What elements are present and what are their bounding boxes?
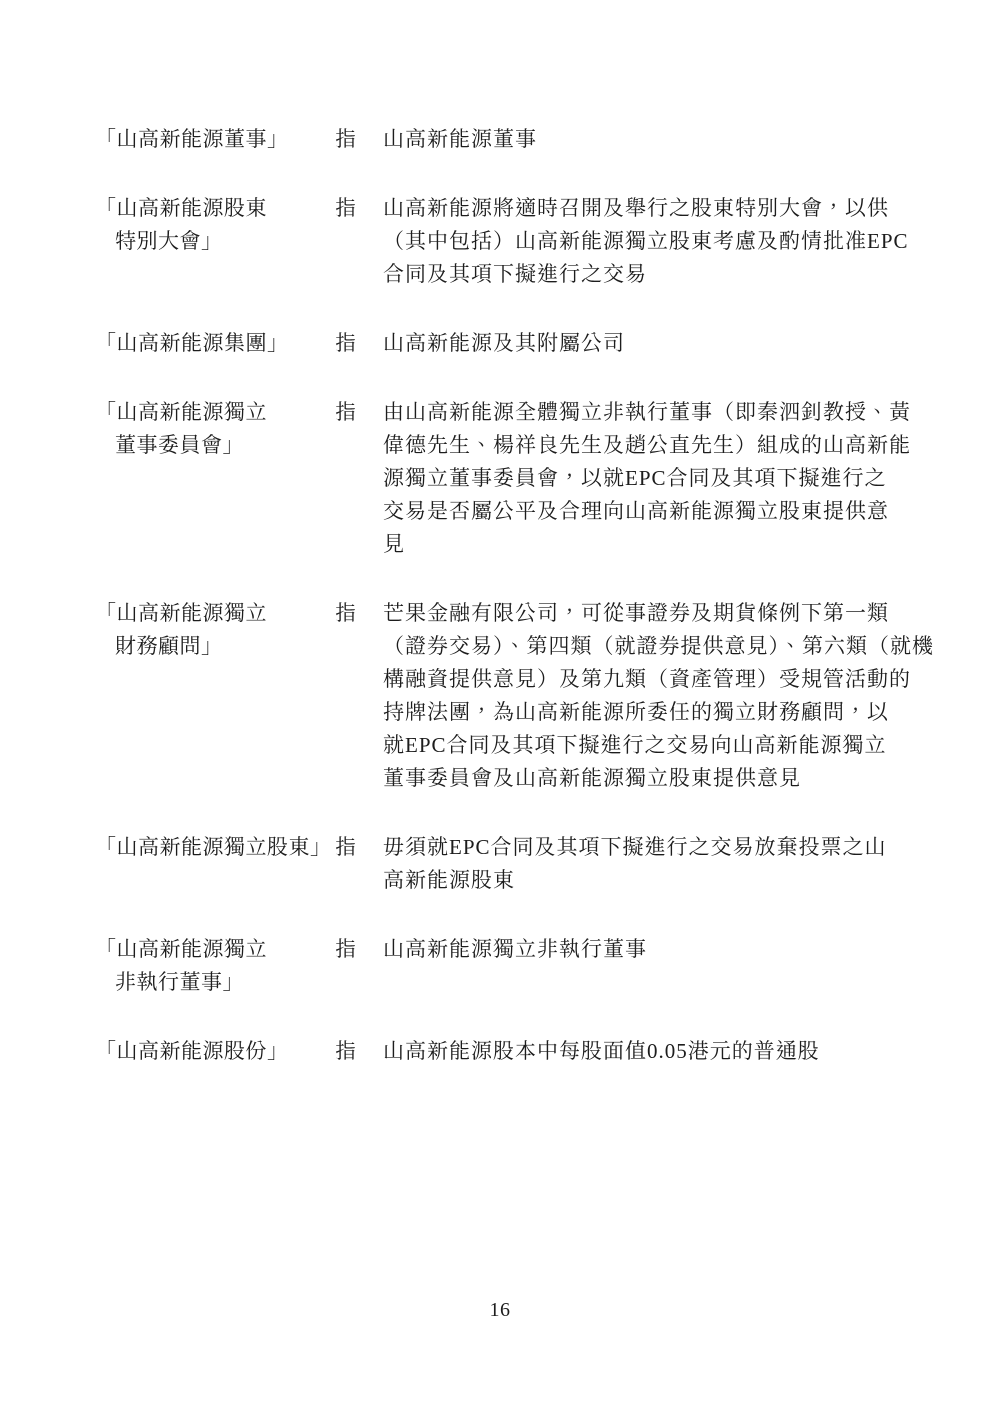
definition-entry: 「山高新能源獨立 董事委員會」 指 由山高新能源全體獨立非執行董事（即秦泗釗教授… bbox=[95, 396, 910, 561]
definitions-list: 「山高新能源董事」 指 山高新能源董事 「山高新能源股東 特別大會」 指 山高新… bbox=[95, 123, 910, 1104]
definition-entry: 「山高新能源獨立 財務顧問」 指 芒果金融有限公司，可從事證券及期貨條例下第一類… bbox=[95, 597, 910, 795]
definition-text: 毋須就EPC合同及其項下擬進行之交易放棄投票之山 高新能源股東 bbox=[383, 831, 910, 897]
definition-text: 山高新能源董事 bbox=[383, 123, 910, 156]
definition-text: 由山高新能源全體獨立非執行董事（即秦泗釗教授、黃 偉德先生、楊祥良先生及趙公直先… bbox=[383, 396, 911, 561]
definition-text: 芒果金融有限公司，可從事證券及期貨條例下第一類 （證券交易）、第四類（就證券提供… bbox=[383, 597, 934, 795]
definition-entry: 「山高新能源董事」 指 山高新能源董事 bbox=[95, 123, 910, 156]
ref-word: 指 bbox=[335, 192, 383, 225]
ref-word: 指 bbox=[335, 933, 383, 966]
ref-word: 指 bbox=[335, 327, 383, 360]
definition-text: 山高新能源將適時召開及舉行之股東特別大會，以供 （其中包括）山高新能源獨立股東考… bbox=[383, 192, 910, 291]
ref-word: 指 bbox=[335, 597, 383, 630]
definition-text: 山高新能源及其附屬公司 bbox=[383, 327, 910, 360]
ref-word: 指 bbox=[335, 831, 383, 864]
term-text: 「山高新能源股東 特別大會」 bbox=[95, 192, 335, 258]
term-text: 「山高新能源董事」 bbox=[95, 123, 335, 156]
definition-entry: 「山高新能源股份」 指 山高新能源股本中每股面值0.05港元的普通股 bbox=[95, 1035, 910, 1068]
definition-entry: 「山高新能源集團」 指 山高新能源及其附屬公司 bbox=[95, 327, 910, 360]
term-text: 「山高新能源獨立 財務顧問」 bbox=[95, 597, 335, 663]
definition-entry: 「山高新能源獨立 非執行董事」 指 山高新能源獨立非執行董事 bbox=[95, 933, 910, 999]
page-number: 16 bbox=[0, 1296, 1000, 1324]
term-text: 「山高新能源集團」 bbox=[95, 327, 335, 360]
term-text: 「山高新能源股份」 bbox=[95, 1035, 335, 1068]
definition-entry: 「山高新能源股東 特別大會」 指 山高新能源將適時召開及舉行之股東特別大會，以供… bbox=[95, 192, 910, 291]
definition-entry: 「山高新能源獨立股東」 指 毋須就EPC合同及其項下擬進行之交易放棄投票之山 高… bbox=[95, 831, 910, 897]
term-text: 「山高新能源獨立 董事委員會」 bbox=[95, 396, 335, 462]
term-text: 「山高新能源獨立股東」 bbox=[95, 831, 335, 864]
term-text: 「山高新能源獨立 非執行董事」 bbox=[95, 933, 335, 999]
ref-word: 指 bbox=[335, 396, 383, 429]
definition-text: 山高新能源獨立非執行董事 bbox=[383, 933, 910, 966]
ref-word: 指 bbox=[335, 1035, 383, 1068]
definition-text: 山高新能源股本中每股面值0.05港元的普通股 bbox=[383, 1035, 910, 1068]
document-page: 「山高新能源董事」 指 山高新能源董事 「山高新能源股東 特別大會」 指 山高新… bbox=[0, 0, 1000, 1414]
ref-word: 指 bbox=[335, 123, 383, 156]
